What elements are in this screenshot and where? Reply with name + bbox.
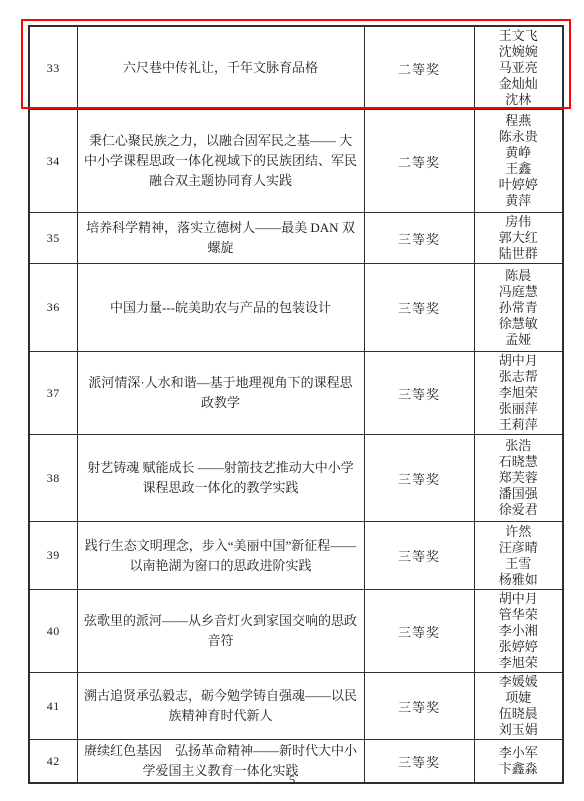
award-level: 三等奖 <box>364 435 474 522</box>
table-row: 40 弦歌里的派河——从乡音灯火到家国交响的思政音符 三等奖 胡中月管华荣李小湘… <box>29 590 563 673</box>
table-row: 39 践行生态文明理念，步入“美丽中国”新征程——以南艳湖为窗口的思政进阶实践 … <box>29 522 563 590</box>
table-row: 36 中国力量---皖美助农与产品的包装设计 三等奖 陈晨冯庭慧孙常青徐慧敏孟娅 <box>29 264 563 352</box>
table-row: 41 溯古追贤承弘毅志，砺今勉学铸自强魂——以民族精神育时代新人 三等奖 李媛媛… <box>29 673 563 740</box>
award-level: 三等奖 <box>364 264 474 352</box>
project-title: 派河情深·人水和谐—基于地理视角下的课程思政教学 <box>77 352 364 435</box>
row-number: 33 <box>29 26 77 110</box>
award-level: 三等奖 <box>364 352 474 435</box>
participant-names: 张浩石晓慧郑芙蓉潘国强徐爱君 <box>474 435 563 522</box>
page-number: 5 <box>0 772 584 788</box>
row-number: 41 <box>29 673 77 740</box>
project-title: 中国力量---皖美助农与产品的包装设计 <box>77 264 364 352</box>
row-number: 39 <box>29 522 77 590</box>
award-level: 二等奖 <box>364 26 474 110</box>
participant-names: 胡中月管华荣李小湘张婷婷李旭荣 <box>474 590 563 673</box>
row-number: 40 <box>29 590 77 673</box>
project-title: 弦歌里的派河——从乡音灯火到家国交响的思政音符 <box>77 590 364 673</box>
participant-names: 胡中月张志帮李旭荣张丽萍王莉萍 <box>474 352 563 435</box>
project-title: 秉仁心聚民族之力，以融合固军民之基—— 大中小学课程思政一体化视域下的民族团结、… <box>77 110 364 213</box>
participant-names: 程燕陈永贵黄峥王鑫叶婷婷黄萍 <box>474 110 563 213</box>
award-level: 二等奖 <box>364 110 474 213</box>
participant-names: 王文飞沈婉婉马亚亮金灿灿沈林 <box>474 26 563 110</box>
row-number: 36 <box>29 264 77 352</box>
award-level: 三等奖 <box>364 590 474 673</box>
awards-table: 33 六尺巷中传礼让，千年文脉育品格 二等奖 王文飞沈婉婉马亚亮金灿灿沈林 34… <box>28 25 564 784</box>
row-number: 38 <box>29 435 77 522</box>
row-number: 37 <box>29 352 77 435</box>
project-title: 射艺铸魂 赋能成长 ——射箭技艺推动大中小学课程思政一体化的教学实践 <box>77 435 364 522</box>
table-row: 38 射艺铸魂 赋能成长 ——射箭技艺推动大中小学课程思政一体化的教学实践 三等… <box>29 435 563 522</box>
participant-names: 房伟郭大红陆世群 <box>474 213 563 264</box>
table-row: 37 派河情深·人水和谐—基于地理视角下的课程思政教学 三等奖 胡中月张志帮李旭… <box>29 352 563 435</box>
project-title: 培养科学精神，落实立德树人——最美 DAN 双螺旋 <box>77 213 364 264</box>
award-level: 三等奖 <box>364 673 474 740</box>
row-number: 35 <box>29 213 77 264</box>
table-row: 35 培养科学精神，落实立德树人——最美 DAN 双螺旋 三等奖 房伟郭大红陆世… <box>29 213 563 264</box>
project-title: 溯古追贤承弘毅志，砺今勉学铸自强魂——以民族精神育时代新人 <box>77 673 364 740</box>
table-row: 34 秉仁心聚民族之力，以融合固军民之基—— 大中小学课程思政一体化视域下的民族… <box>29 110 563 213</box>
project-title: 践行生态文明理念，步入“美丽中国”新征程——以南艳湖为窗口的思政进阶实践 <box>77 522 364 590</box>
award-level: 三等奖 <box>364 522 474 590</box>
document-page: 33 六尺巷中传礼让，千年文脉育品格 二等奖 王文飞沈婉婉马亚亮金灿灿沈林 34… <box>0 0 584 801</box>
participant-names: 陈晨冯庭慧孙常青徐慧敏孟娅 <box>474 264 563 352</box>
participant-names: 李媛媛项婕伍晓晨刘玉娟 <box>474 673 563 740</box>
project-title: 六尺巷中传礼让，千年文脉育品格 <box>77 26 364 110</box>
participant-names: 许然汪彦晴王雪杨雅如 <box>474 522 563 590</box>
table-row: 33 六尺巷中传礼让，千年文脉育品格 二等奖 王文飞沈婉婉马亚亮金灿灿沈林 <box>29 26 563 110</box>
row-number: 34 <box>29 110 77 213</box>
award-level: 三等奖 <box>364 213 474 264</box>
